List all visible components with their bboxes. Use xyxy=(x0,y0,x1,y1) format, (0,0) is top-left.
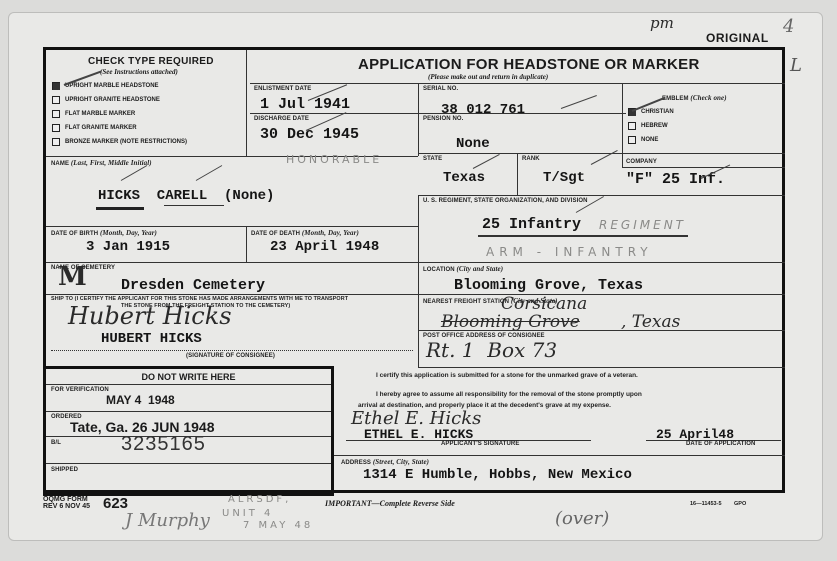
office-use-title: DO NOT WRITE HERE xyxy=(46,369,331,382)
cemetery-value[interactable]: Dresden Cemetery xyxy=(121,277,265,294)
application-date-caption: DATE OF APPLICATION xyxy=(686,441,755,447)
printer-code: GPO xyxy=(734,501,746,507)
certification-line-1: I certify this application is submitted … xyxy=(376,372,638,379)
enlistment-date-label: ENLISTMENT DATE xyxy=(254,86,311,92)
checkbox[interactable] xyxy=(52,110,60,118)
state-label: STATE xyxy=(423,156,442,162)
freight-station-state: , Texas xyxy=(621,312,680,332)
pencil-note-regiment: REGIMENT xyxy=(599,218,686,232)
corner-initials: L xyxy=(790,55,802,76)
bl-value: 3235165 xyxy=(121,433,206,456)
consignee-name-value[interactable]: HUBERT HICKS xyxy=(101,331,202,347)
check-type-subtitle: (See Instructions attached) xyxy=(100,68,178,76)
emblem-label: EMBLEM (Check one) xyxy=(662,94,727,102)
date-of-death-value[interactable]: 23 April 1948 xyxy=(270,239,379,255)
pencil-note-unit: UNIT 4 xyxy=(222,508,273,519)
pension-no-value[interactable]: None xyxy=(456,136,490,152)
verification-label: FOR VERIFICATION xyxy=(51,387,109,393)
checkbox[interactable] xyxy=(628,136,636,144)
name-label: NAME (Last, First, Middle Initial) xyxy=(51,159,152,167)
clerk-signature: J Murphy xyxy=(125,510,210,531)
address-label: ADDRESS (Street, City, State) xyxy=(341,458,429,466)
applicant-signature: Ethel E. Hicks xyxy=(351,408,481,429)
address-value[interactable]: 1314 E Humble, Hobbs, New Mexico xyxy=(363,467,632,483)
certification-line-2: I hereby agree to assume all responsibil… xyxy=(376,391,642,398)
serial-no-label: SERIAL No. xyxy=(423,86,458,92)
form-id: OQMG FORM REV 6 NOV 45 xyxy=(43,496,90,510)
freight-station-correction[interactable]: Corsicana xyxy=(501,294,587,314)
checkbox[interactable] xyxy=(52,124,60,132)
checkbox-emblem-hebrew[interactable]: HEBREW xyxy=(628,121,668,131)
company-label: COMPANY xyxy=(626,159,657,165)
consignee-signature: Hubert Hicks xyxy=(68,302,232,330)
office-use-box: DO NOT WRITE HERE FOR VERIFICATION MAY 4… xyxy=(43,366,334,496)
consignee-signature-caption: (SIGNATURE OF CONSIGNEE) xyxy=(186,353,275,359)
date-of-death-label: DATE OF DEATH (Month, Day, Year) xyxy=(251,229,359,237)
date-of-birth-label: DATE OF BIRTH (Month, Day, Year) xyxy=(51,229,157,237)
verification-value: MAY 4 1948 xyxy=(106,393,175,407)
corner-number: 4 xyxy=(783,16,794,37)
name-value[interactable]: HICKS CARELL (None) xyxy=(98,188,274,204)
checkbox[interactable] xyxy=(52,138,60,146)
pencil-note-honorable: HONORABLE xyxy=(286,153,382,166)
pencil-note-alrsdf: ALRSDF, xyxy=(228,494,291,505)
checkbox-flat-marble[interactable]: FLAT MARBLE MARKER xyxy=(52,109,135,119)
freight-station-struck: Blooming Grove xyxy=(441,312,580,332)
form-title: APPLICATION FOR HEADSTONE OR MARKER xyxy=(358,56,700,73)
pencil-note-date: 7 MAY 48 xyxy=(243,520,313,531)
location-label: LOCATION (City and State) xyxy=(423,265,503,273)
post-office-value[interactable]: Rt. 1 Box 73 xyxy=(426,338,557,362)
checkbox-emblem-none[interactable]: NONE xyxy=(628,135,658,145)
headstone-application-form: CHECK TYPE REQUIRED (See Instructions at… xyxy=(43,47,785,493)
regiment-value[interactable]: 25 Infantry xyxy=(482,216,581,233)
location-value[interactable]: Blooming Grove, Texas xyxy=(454,277,643,294)
print-code: 16—11453-5 xyxy=(690,501,722,507)
checkbox-upright-granite[interactable]: UPRIGHT GRANITE HEADSTONE xyxy=(52,95,160,105)
enlistment-date-value[interactable]: 1 Jul 1941 xyxy=(260,96,350,113)
regiment-label: U. S. REGIMENT, STATE ORGANIZATION, AND … xyxy=(423,198,588,204)
checkbox-flat-granite[interactable]: FLAT GRANITE MARKER xyxy=(52,123,137,133)
checkbox[interactable] xyxy=(52,96,60,104)
pencil-note-arm: ARM - INFANTRY xyxy=(486,245,653,259)
cemetery-hand-mark: M xyxy=(58,262,87,292)
checkbox-checked[interactable] xyxy=(52,82,60,90)
important-note: IMPORTANT—Complete Reverse Side xyxy=(325,499,455,508)
corner-handwriting: pm xyxy=(650,14,674,32)
rank-label: RANK xyxy=(522,156,540,162)
checkbox[interactable] xyxy=(628,122,636,130)
date-of-birth-value[interactable]: 3 Jan 1915 xyxy=(86,239,170,255)
discharge-date-label: DISCHARGE DATE xyxy=(254,116,309,122)
shipped-label: SHIPPED xyxy=(51,467,78,473)
state-value[interactable]: Texas xyxy=(443,170,485,186)
check-type-title: CHECK TYPE REQUIRED xyxy=(88,56,214,67)
rank-value[interactable]: T/Sgt xyxy=(543,170,585,186)
original-mark: ORIGINAL xyxy=(706,31,769,45)
over-note: (over) xyxy=(555,508,609,529)
applicant-signature-caption: APPLICANT'S SIGNATURE xyxy=(441,441,519,447)
checkbox-bronze[interactable]: BRONZE MARKER (NOTE RESTRICTIONS) xyxy=(52,137,187,147)
form-subtitle: (Please make out and return in duplicate… xyxy=(428,73,548,81)
bl-label: B/L xyxy=(51,440,61,446)
pension-no-label: PENSION No. xyxy=(423,116,463,122)
